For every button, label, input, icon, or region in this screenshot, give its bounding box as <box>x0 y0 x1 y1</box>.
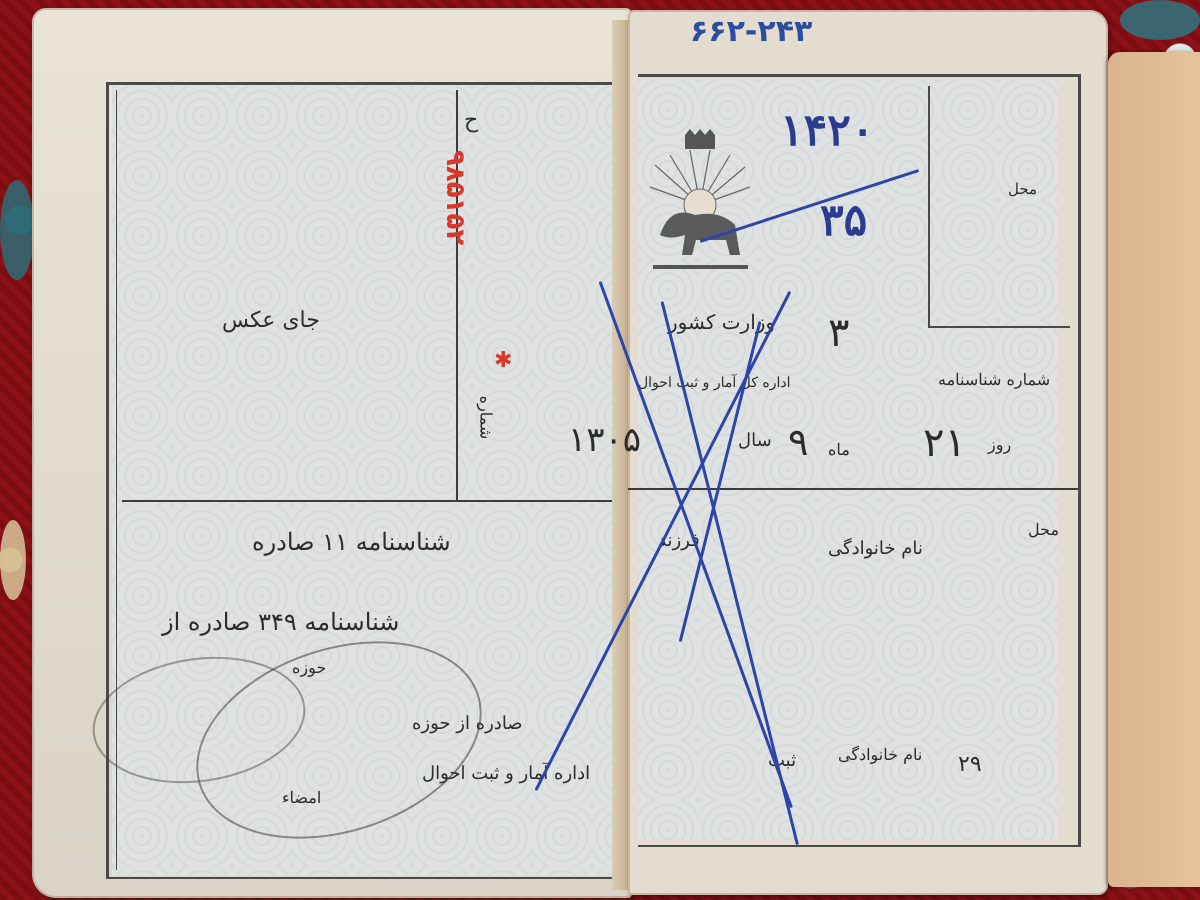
year-label: سال <box>738 430 772 451</box>
corner-box-text: محل <box>1008 180 1037 198</box>
corner-mark: ح <box>464 108 478 133</box>
month-value: ۹ <box>788 420 808 464</box>
place-label: محل <box>1028 520 1059 539</box>
horizontal-rule <box>122 500 622 502</box>
corner-box <box>928 86 1070 328</box>
horizontal-rule <box>628 488 1078 490</box>
rug-motif <box>1120 0 1200 40</box>
issue-number: ۳ <box>828 310 849 356</box>
red-mark-icon: ✱ <box>494 348 512 373</box>
rug-motif <box>0 180 34 280</box>
month-label: ماه <box>828 440 850 459</box>
family-name-label: نام خانوادگی <box>828 538 923 559</box>
note-line-1: شناسنامه ۱۱ صادره <box>252 528 451 556</box>
shenasnameh-label: شماره شناسنامه <box>938 370 1050 389</box>
rug-motif <box>0 520 26 600</box>
red-serial-number: ۹۸۵۱۵۲ <box>440 150 470 245</box>
folded-page-flap <box>1108 52 1200 887</box>
office-label: اداره کل آمار و ثبت احوال <box>638 375 791 391</box>
photo-box-label: جای عکس <box>222 308 320 333</box>
document-serial-number: ۶۶۲-۲۴۳ <box>690 14 812 49</box>
stamp-number-1: ۱۴۲۰ <box>780 105 875 156</box>
side-note: شماره <box>476 396 495 440</box>
stamp-number-2: ۳۵ <box>820 195 867 246</box>
note-line-2: شناسنامه ۳۴۹ صادره از <box>162 608 399 636</box>
day-value: ۲۱ <box>923 420 966 466</box>
note-number: ۲۹ <box>958 752 982 777</box>
lion-and-sun-emblem-icon <box>645 125 755 275</box>
day-label: روز <box>988 435 1011 454</box>
family-name-label-2: نام خانوادگی <box>838 745 922 764</box>
document-left-page: جای عکس ح ✱ شماره شناسنامه ۱۱ صادره شناس… <box>32 8 632 898</box>
year-value: ۱۳۰۵ <box>568 420 641 460</box>
